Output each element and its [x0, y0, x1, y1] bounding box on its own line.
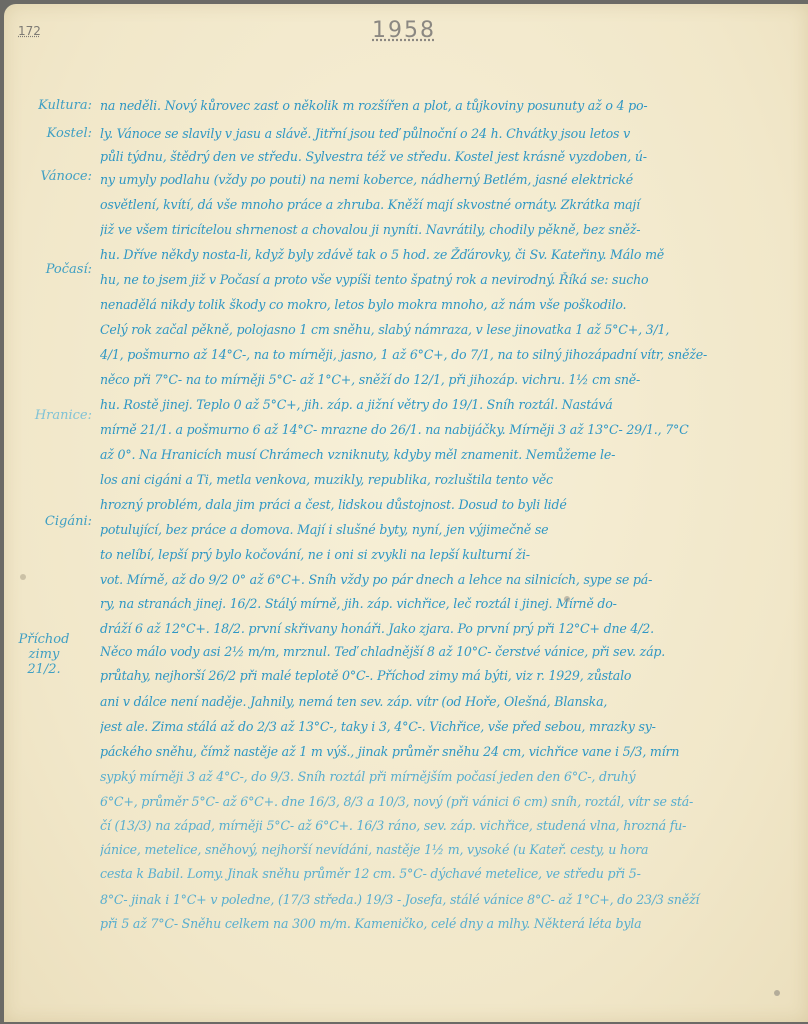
text-line: až 0°. Na Hranicích musí Chrámech vznikn…: [100, 447, 790, 462]
text-line: 6°C+, průměr 5°C- až 6°C+. dne 16/3, 8/3…: [100, 794, 790, 809]
text-line: nenadělá nikdy tolik škody co mokro, let…: [100, 297, 790, 312]
text-line: dráží 6 až 12°C+. 18/2. první skřivany h…: [100, 621, 790, 636]
text-line: ny umyly podlahu (vždy po pouti) na nemi…: [100, 172, 790, 187]
text-line: hu. Rostě jinej. Teplo 0 až 5°C+, jih. z…: [100, 397, 790, 412]
text-line: vot. Mírně, až do 9/2 0° až 6°C+. Sníh v…: [100, 572, 790, 587]
page-title-year: 1958: [372, 18, 436, 43]
text-line: ani v dálce není naděje. Jahnily, nemá t…: [100, 694, 790, 709]
text-line: mírně 21/1. a pošmurno 6 až 14°C- mrazne…: [100, 422, 790, 437]
text-line: ry, na stranách jinej. 16/2. Stálý mírně…: [100, 596, 790, 611]
text-line: při 5 až 7°C- Sněhu celkem na 300 m/m. K…: [100, 916, 790, 931]
text-line: průtahy, nejhorší 26/2 při malé teplotě …: [100, 668, 790, 683]
text-line: potulující, bez práce a domova. Mají i s…: [100, 522, 790, 537]
page-number: 172: [18, 24, 41, 38]
text-line: sypký mírněji 3 až 4°C-, do 9/3. Sníh ro…: [100, 769, 790, 784]
paper-stain: [20, 574, 26, 580]
text-line: něco při 7°C- na to mírněji 5°C- až 1°C+…: [100, 372, 790, 387]
text-line: již ve všem tiricítelou shrnenost a chov…: [100, 222, 790, 237]
text-line: 8°C- jinak i 1°C+ v poledne, (17/3 střed…: [100, 892, 790, 907]
paper-stain: [564, 596, 570, 602]
margin-label: Kostel:: [4, 126, 92, 141]
text-line: půli týdnu, štědrý den ve středu. Sylves…: [100, 149, 790, 164]
margin-label: Vánoce:: [4, 169, 92, 184]
text-line: jánice, metelice, sněhový, nejhorší neví…: [100, 842, 790, 857]
text-line: cesta k Babil. Lomy. Jinak sněhu průměr …: [100, 866, 790, 881]
text-line: hrozný problém, dala jim práci a čest, l…: [100, 497, 790, 512]
text-line: čí (13/3) na západ, mírněji 5°C- až 6°C+…: [100, 818, 790, 833]
text-line: páckého sněhu, čímž nastěje až 1 m výš.,…: [100, 744, 790, 759]
text-line: los ani cigáni a Ti, metla venkova, muzi…: [100, 472, 790, 487]
margin-label: Hranice:: [4, 408, 92, 423]
margin-label: Počasí:: [4, 262, 92, 277]
paper-stain: [774, 990, 780, 996]
journal-page: 172 1958 Kultura:Kostel:Vánoce:Počasí:Hr…: [4, 4, 808, 1022]
text-line: ly. Vánoce se slavily v jasu a slávě. Ji…: [100, 126, 790, 141]
text-line: osvětlení, kvítí, dá vše mnoho práce a z…: [100, 197, 790, 212]
text-line: to nelíbí, lepší prý bylo kočování, ne i…: [100, 547, 790, 562]
text-line: hu. Dříve někdy nosta-li, když byly zdáv…: [100, 247, 790, 262]
margin-label: Kultura:: [4, 98, 92, 113]
text-line: na neděli. Nový kůrovec zast o několik m…: [100, 98, 790, 113]
text-line: jest ale. Zima stálá až do 2/3 až 13°C-,…: [100, 719, 790, 734]
text-line: Celý rok začal pěkně, polojasno 1 cm sně…: [100, 322, 790, 337]
text-line: Něco málo vody asi 2½ m/m, mrznul. Teď c…: [100, 644, 790, 659]
text-line: 4/1, pošmurno až 14°C-, na to mírněji, j…: [100, 347, 790, 362]
margin-label: Cigáni:: [4, 514, 92, 529]
text-line: hu, ne to jsem již v Počasí a proto vše …: [100, 272, 790, 287]
margin-label: Příchodzimy21/2.: [14, 632, 74, 677]
